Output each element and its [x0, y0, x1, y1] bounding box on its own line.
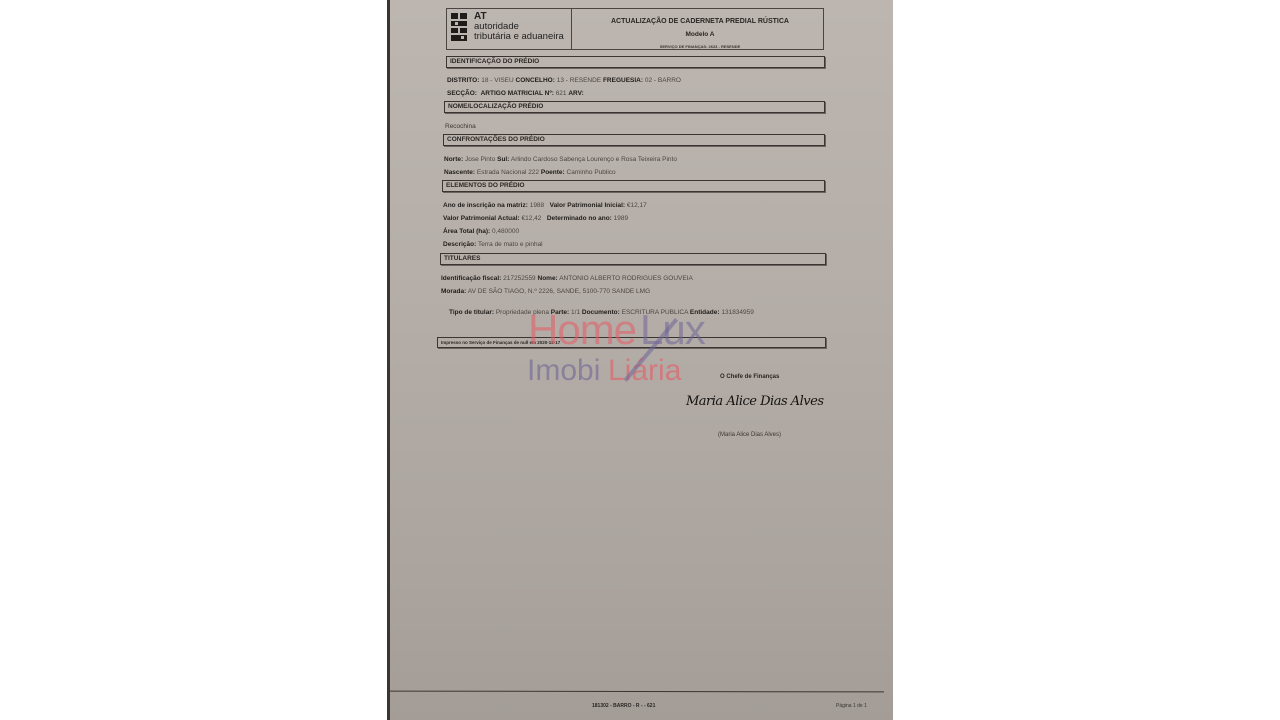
document-model: Modelo A — [575, 31, 825, 38]
morada-line: Morada: AV DE SÃO TIAGO, N.º 2226, SANDE… — [441, 288, 650, 295]
watermark-imobi: Imobi — [527, 354, 600, 388]
watermark-home: Home — [528, 306, 636, 354]
footer-code: 181302 - BARRO - R - - 621 — [592, 703, 655, 709]
section-confrontacoes: CONFRONTAÇÕES DO PRÉDIO — [443, 134, 825, 146]
signer-name: (Maria Alice Dias Alves) — [718, 432, 781, 438]
document-title: ACTUALIZAÇÃO DE CADERNETA PREDIAL RÚSTIC… — [575, 18, 825, 25]
handwritten-signature: Maria Alice Dias Alves — [686, 394, 824, 409]
artigo-line: SECÇÃO: ARTIGO MATRICIAL Nº: 621 ARV: — [447, 90, 584, 97]
section-titulares: TITULARES — [440, 253, 826, 265]
section-nome: NOME/LOCALIZAÇÃO PRÉDIO — [444, 101, 825, 113]
at-logo-icon — [451, 13, 468, 41]
nascente-poente-line: Nascente: Estrada Nacional 222 Poente: C… — [444, 169, 616, 176]
norte-sul-line: Norte: Jose Pinto Sul: Arlindo Cardoso S… — [444, 156, 677, 163]
section-identificacao: IDENTIFICAÇÃO DO PRÉDIO — [446, 56, 825, 68]
section-elementos: ELEMENTOS DO PRÉDIO — [442, 180, 825, 192]
nif-nome-line: Identificação fiscal: 217252559 Nome: AN… — [441, 275, 693, 282]
header-divider — [571, 8, 572, 50]
signer-role: O Chefe de Finanças — [720, 374, 779, 380]
property-name: Recochina — [445, 123, 476, 130]
descricao-line: Descrição: Terra de mato e pinhal — [443, 241, 543, 248]
logo-line-2: tributária e aduaneira — [474, 31, 564, 42]
location-line: DISTRITO: 18 - VISEU CONCELHO: 13 - RESE… — [447, 77, 681, 84]
ano-vpi-line: Ano de inscrição na matriz: 1988 Valor P… — [443, 202, 647, 209]
vpa-line: Valor Patrimonial Actual: €12,42 Determi… — [443, 215, 628, 222]
area-line: Área Total (ha): 0,480000 — [443, 228, 519, 235]
page-number: Página 1 de 1 — [836, 703, 867, 709]
tax-service: SERVIÇO DE FINANÇAS: 2623 - RESENDE — [575, 44, 825, 49]
